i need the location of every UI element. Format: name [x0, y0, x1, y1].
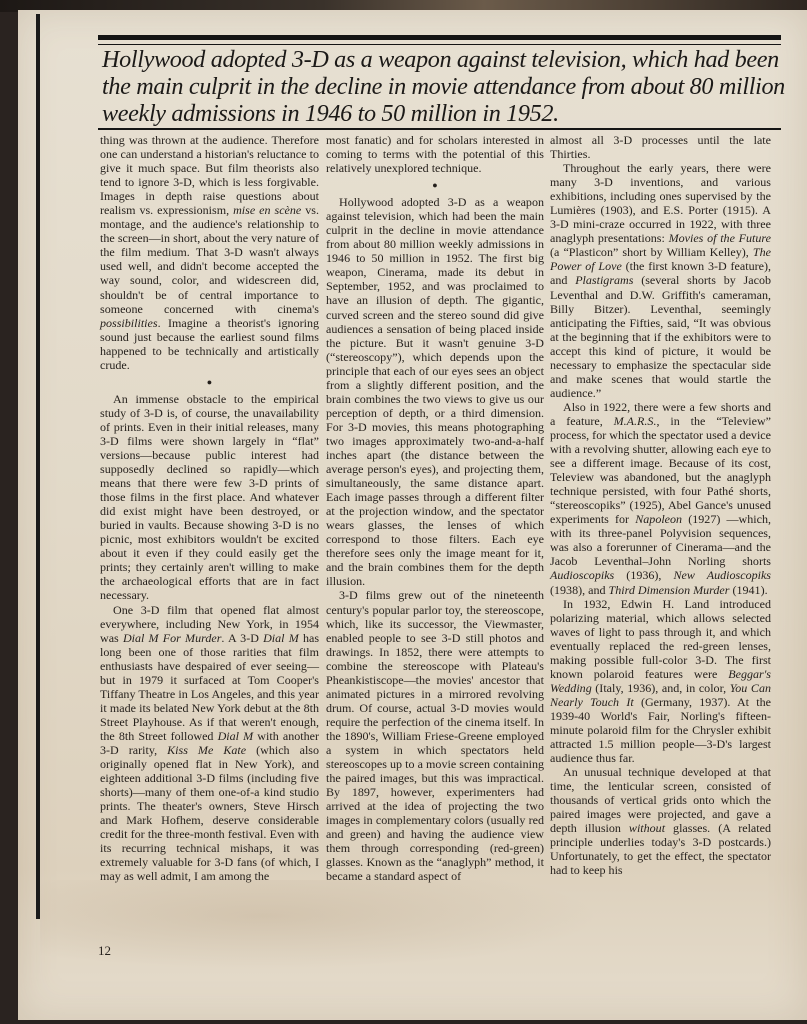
pullquote-bottom-rule	[98, 128, 781, 130]
section-bullet-icon: ●	[326, 177, 544, 193]
text-run: (1936),	[614, 568, 673, 582]
italic-text: New Audioscopiks	[674, 568, 772, 582]
text-run: has long been one of those rarities that…	[100, 631, 319, 743]
italic-text: Dial M For Murder	[123, 631, 221, 645]
text-run: vs. montage, and the audience's relation…	[100, 203, 319, 315]
italic-text: Plastigrams	[575, 273, 633, 287]
paragraph: most fanatic) and for scholars intereste…	[326, 133, 544, 175]
article-column-1: thing was thrown at the audience. Theref…	[100, 133, 319, 883]
paragraph: In 1932, Edwin H. Land introduced polari…	[550, 597, 771, 766]
paragraph: Also in 1922, there were a few shorts an…	[550, 400, 771, 597]
pullquote-top-rule-thin	[98, 44, 781, 45]
text-run: (a “Plasticon” short by William Kelley),	[550, 245, 753, 259]
article-column-3: almost all 3-D processes until the late …	[550, 133, 771, 877]
italic-text: Dial M	[218, 729, 254, 743]
article-column-2: most fanatic) and for scholars intereste…	[326, 133, 544, 883]
text-run: , in the “Teleview” process, for which t…	[550, 414, 771, 526]
text-run: (1941).	[729, 583, 767, 597]
italic-text: without	[629, 821, 665, 835]
italic-text: possibilities	[100, 316, 158, 330]
page-number: 12	[98, 943, 111, 959]
paragraph: One 3-D film that opened flat almost eve…	[100, 603, 319, 884]
italic-text: Dial M	[263, 631, 299, 645]
pull-quote: Hollywood adopted 3-D as a weapon agains…	[102, 46, 792, 127]
paragraph: thing was thrown at the audience. Theref…	[100, 133, 319, 372]
paragraph: 3-D films grew out of the nineteenth cen…	[326, 588, 544, 883]
italic-text: Third Dimension Murder	[609, 583, 730, 597]
text-run: . A 3-D	[221, 631, 263, 645]
text-run: (1938), and	[550, 583, 609, 597]
paragraph: An unusual technique developed at that t…	[550, 765, 771, 877]
paragraph: Throughout the early years, there were m…	[550, 161, 771, 400]
italic-text: mise en scène	[233, 203, 301, 217]
pullquote-top-rule-thick	[98, 35, 781, 40]
paragraph: An immense obstacle to the empirical stu…	[100, 392, 319, 603]
italic-text: Movies of the Future	[669, 231, 771, 245]
text-run: (which also originally opened flat in Ne…	[100, 743, 319, 883]
italic-text: Napoleon	[635, 512, 682, 526]
italic-text: M.A.R.S.	[614, 414, 657, 428]
italic-text: Kiss Me Kate	[167, 743, 246, 757]
paragraph: Hollywood adopted 3-D as a weapon agains…	[326, 195, 544, 588]
italic-text: Audioscopiks	[550, 568, 614, 582]
text-run: (Italy, 1936), and, in color,	[592, 681, 730, 695]
text-run: (several shorts by Jacob Leventhal and D…	[550, 273, 771, 399]
paragraph: almost all 3-D processes until the late …	[550, 133, 771, 161]
left-margin-rule	[36, 14, 40, 919]
section-bullet-icon: ●	[100, 374, 319, 390]
